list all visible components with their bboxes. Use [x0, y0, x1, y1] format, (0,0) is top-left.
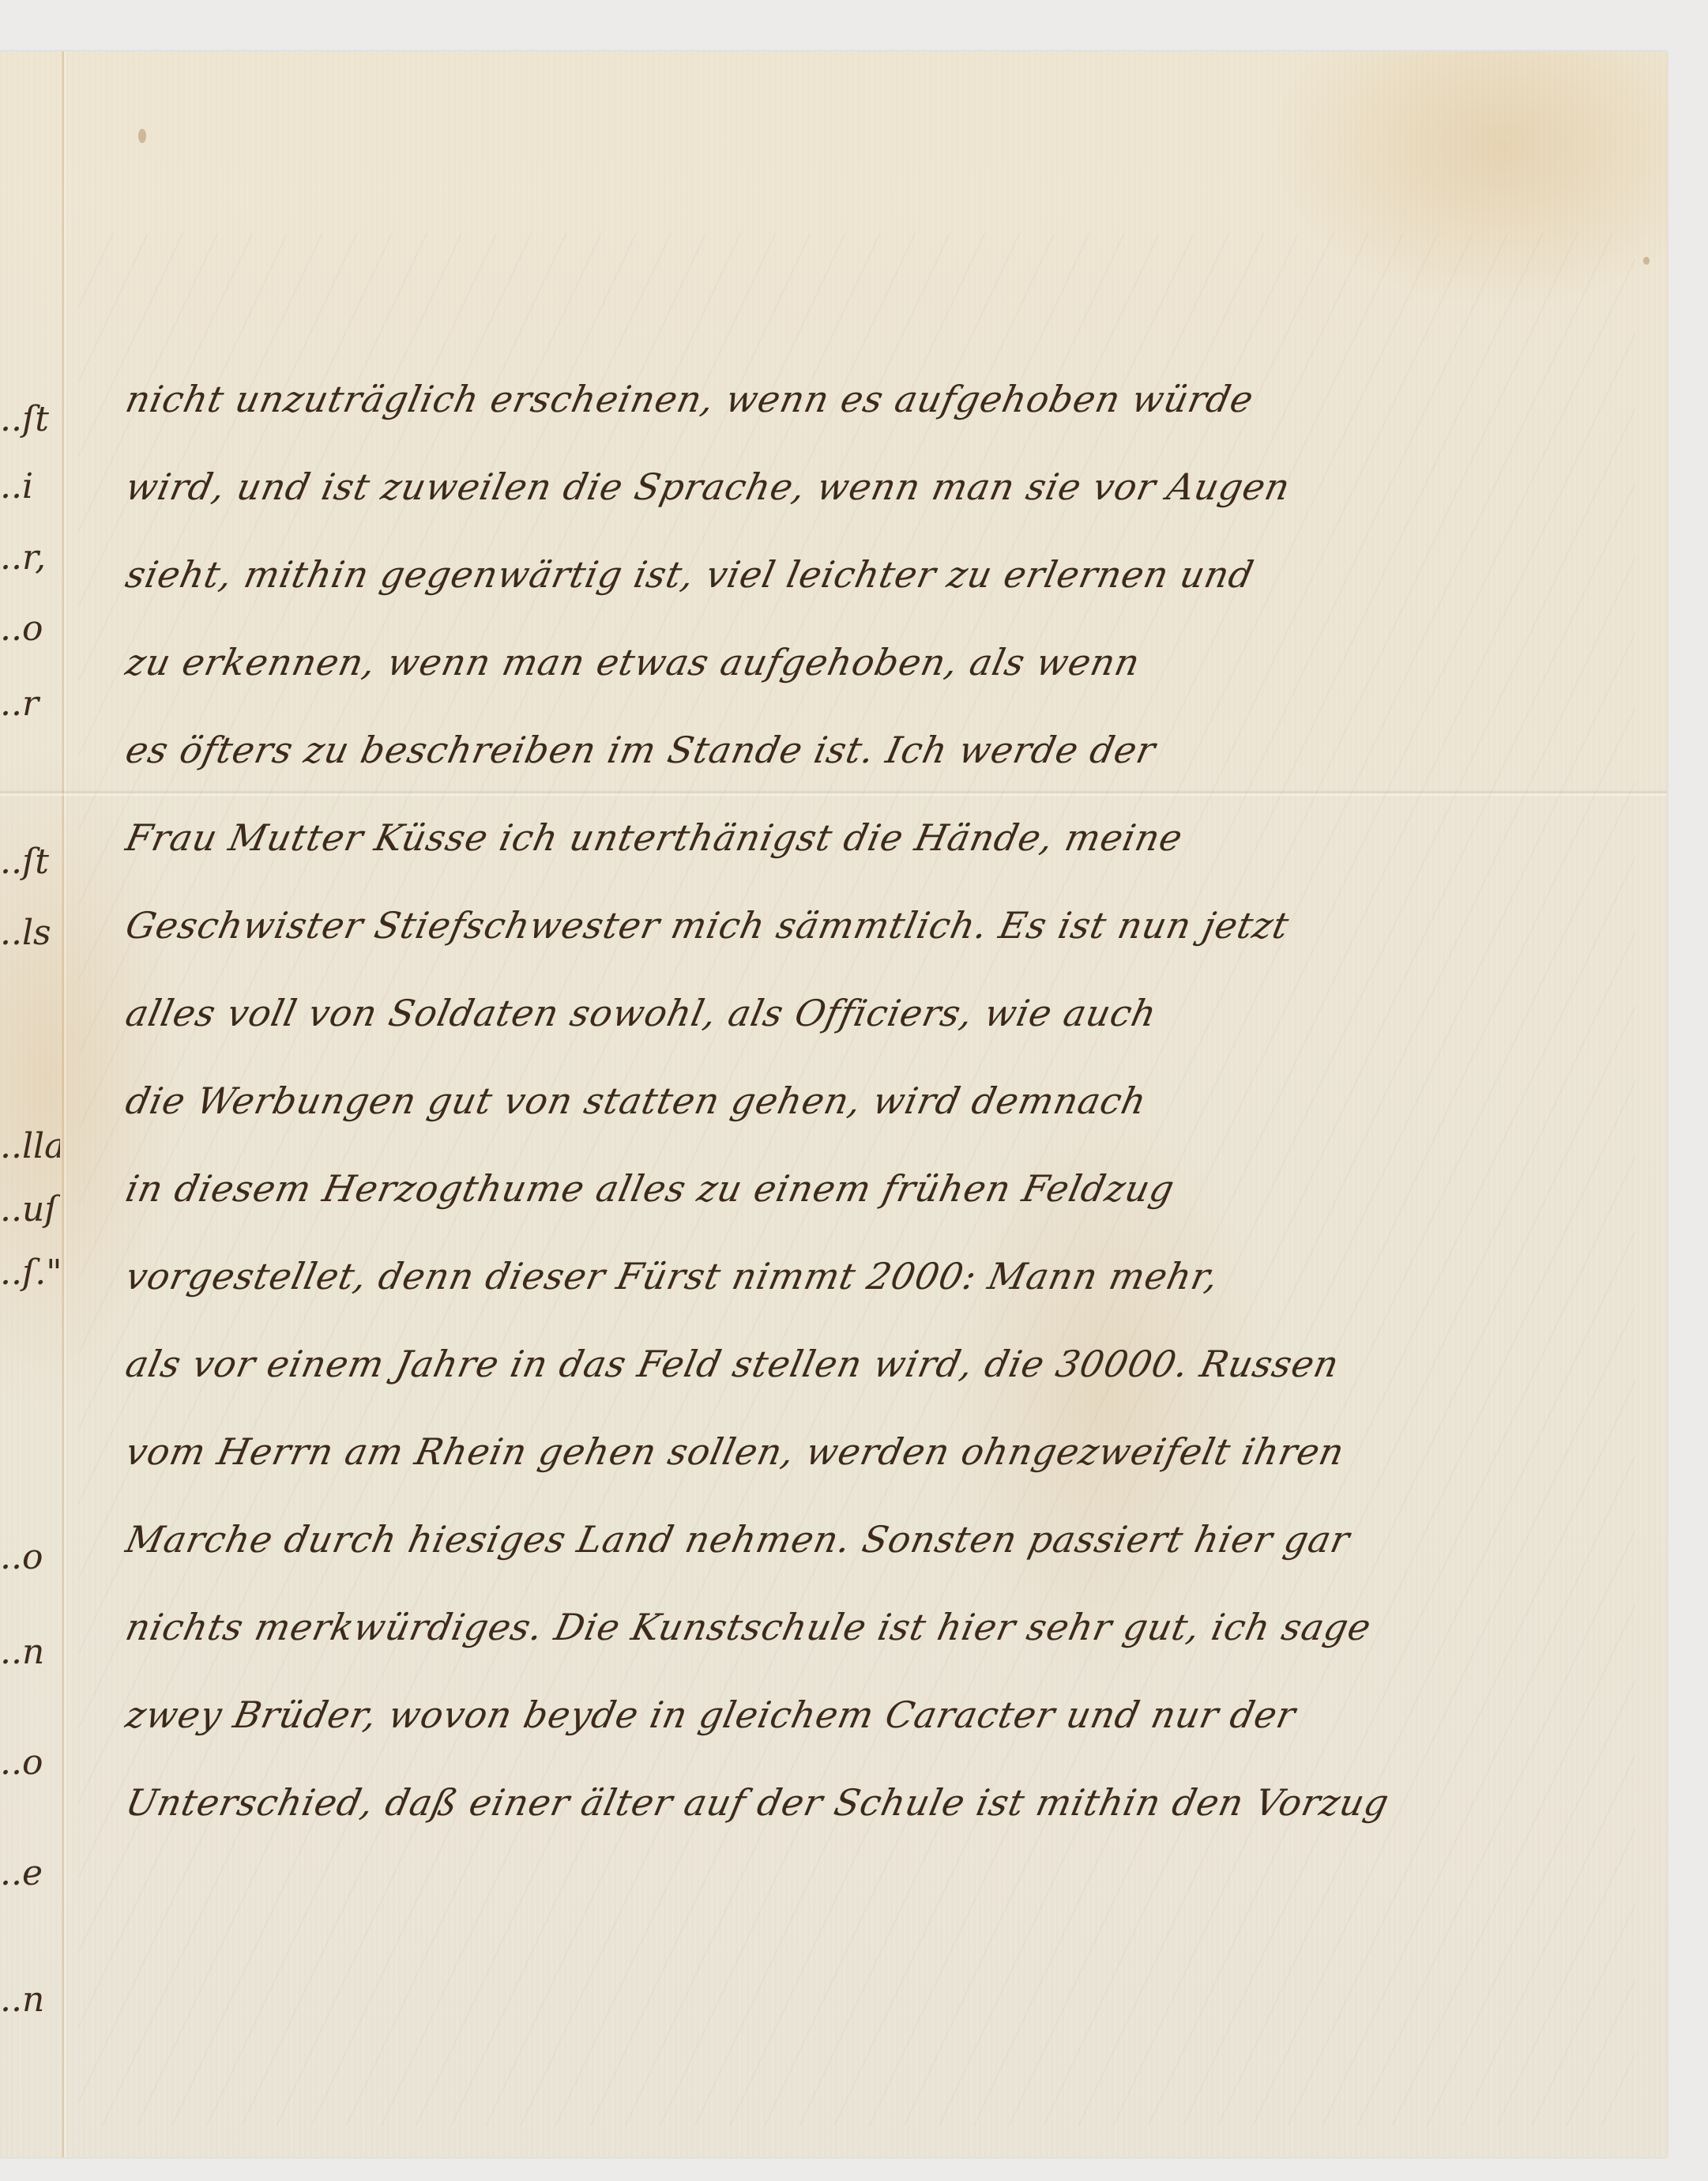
margin-fragment: ..n — [0, 1979, 60, 2020]
handwritten-line: als vor einem Jahre in das Feld stellen … — [117, 1320, 1645, 1408]
margin-fragment: ..o — [0, 1742, 60, 1783]
letter-page: ..ſt ..i ..r, ..o ..r ..ſt ..ls ..lla ..… — [0, 51, 1667, 2157]
handwritten-line: sieht, mithin gegenwärtig ist, viel leic… — [117, 531, 1645, 619]
margin-fragment: ..ls — [0, 913, 60, 953]
handwritten-line: Frau Mutter Küsse ich unterthänigst die … — [117, 794, 1645, 882]
handwritten-line: Marche durch hiesiges Land nehmen. Sonst… — [117, 1496, 1645, 1584]
margin-fragment: ..ſ." — [0, 1252, 60, 1293]
margin-fragment: ..o — [0, 608, 60, 649]
handwritten-line: die Werbungen gut von statten gehen, wir… — [117, 1057, 1645, 1145]
margin-fragment: ..r, — [0, 537, 60, 578]
foxing-spot — [138, 129, 146, 143]
handwritten-line: in diesem Herzogthume alles zu einem frü… — [117, 1145, 1645, 1233]
margin-fragment: ..r — [0, 684, 60, 724]
margin-fragment: ..ſt — [0, 842, 60, 882]
margin-fragment: ..ſt — [0, 399, 60, 439]
margin-fragment: ..o — [0, 1537, 60, 1577]
margin-fragment: ..n — [0, 1632, 60, 1672]
handwritten-line: vorgestellet, denn dieser Fürst nimmt 20… — [117, 1233, 1645, 1320]
handwritten-line: nicht unzuträglich erscheinen, wenn es a… — [117, 356, 1645, 443]
margin-fragment: ..i — [0, 466, 60, 507]
handwritten-line: wird, und ist zuweilen die Sprache, wenn… — [117, 443, 1645, 531]
handwritten-line: nichts merkwürdiges. Die Kunstschule ist… — [117, 1584, 1645, 1671]
letter-body: nicht unzuträglich erscheinen, wenn es a… — [126, 356, 1635, 1847]
margin-fragment: ..lla — [0, 1126, 60, 1166]
ink-spot — [1643, 257, 1650, 265]
handwritten-line: zwey Brüder, wovon beyde in gleichem Car… — [117, 1671, 1645, 1759]
handwritten-line: es öfters zu beschreiben im Stande ist. … — [117, 706, 1645, 794]
margin-fragment: ..uſ. — [0, 1189, 60, 1230]
handwritten-line: vom Herrn am Rhein gehen sollen, werden … — [117, 1408, 1645, 1496]
handwritten-line: Geschwister Stiefschwester mich sämmtlic… — [117, 882, 1645, 970]
vertical-fold-crease — [62, 51, 66, 2157]
handwritten-line: zu erkennen, wenn man etwas aufgehoben, … — [117, 619, 1645, 706]
handwritten-line: Unterschied, daß einer älter auf der Sch… — [117, 1759, 1645, 1847]
margin-fragment: ..e — [0, 1853, 60, 1893]
handwritten-line: alles voll von Soldaten sowohl, als Offi… — [117, 970, 1645, 1057]
